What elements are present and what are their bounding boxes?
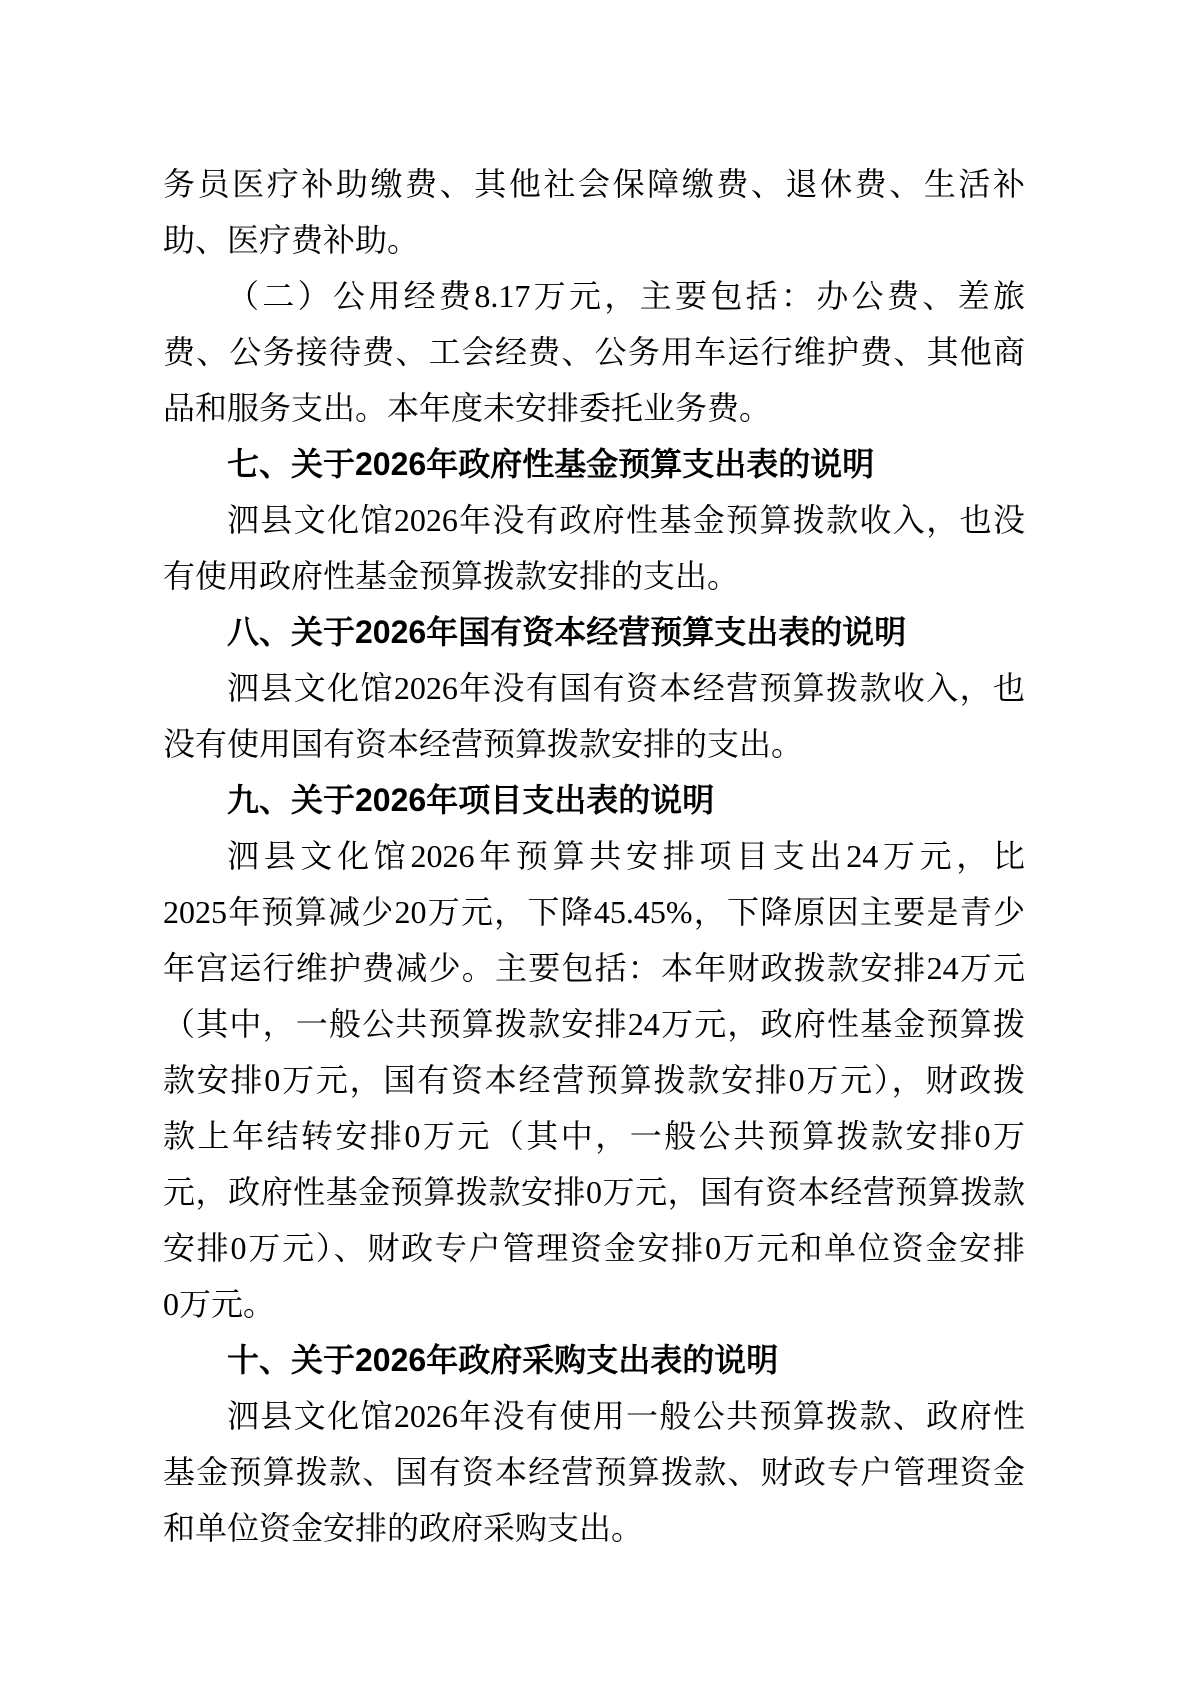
text-line: 款上年结转安排0万元（其中，一般公共预算拨款安排0万	[163, 1108, 1025, 1164]
text-line: 泗县文化馆2026年没有国有资本经营预算拨款收入，也	[163, 660, 1025, 716]
paragraph: 泗县文化馆2026年没有政府性基金预算拨款收入，也没 有使用政府性基金预算拨款安…	[163, 492, 1025, 604]
text-line: 助、医疗费补助。	[163, 212, 1025, 268]
section-9: 九、关于2026年项目支出表的说明	[163, 772, 1025, 828]
text-line: 和单位资金安排的政府采购支出。	[163, 1500, 1025, 1556]
section-10: 十、关于2026年政府采购支出表的说明	[163, 1332, 1025, 1388]
section-heading: 九、关于2026年项目支出表的说明	[163, 772, 1025, 828]
section-7: 七、关于2026年政府性基金预算支出表的说明	[163, 436, 1025, 492]
paragraph: 泗县文化馆2026年预算共安排项目支出24万元，比 2025年预算减少20万元，…	[163, 828, 1025, 1332]
text-line: 费、公务接待费、工会经费、公务用车运行维护费、其他商	[163, 324, 1025, 380]
text-line: 泗县文化馆2026年没有使用一般公共预算拨款、政府性	[163, 1388, 1025, 1444]
paragraph: 务员医疗补助缴费、其他社会保障缴费、退休费、生活补 助、医疗费补助。	[163, 156, 1025, 268]
text-line: 款安排0万元，国有资本经营预算拨款安排0万元），财政拨	[163, 1052, 1025, 1108]
section-8: 八、关于2026年国有资本经营预算支出表的说明	[163, 604, 1025, 660]
section-heading: 七、关于2026年政府性基金预算支出表的说明	[163, 436, 1025, 492]
text-line: 泗县文化馆2026年预算共安排项目支出24万元，比	[163, 828, 1025, 884]
text-line: 年宫运行维护费减少。主要包括：本年财政拨款安排24万元	[163, 940, 1025, 996]
paragraph: 泗县文化馆2026年没有国有资本经营预算拨款收入，也 没有使用国有资本经营预算拨…	[163, 660, 1025, 772]
paragraph: （二）公用经费8.17万元，主要包括：办公费、差旅 费、公务接待费、工会经费、公…	[163, 268, 1025, 436]
paragraph: 泗县文化馆2026年没有使用一般公共预算拨款、政府性 基金预算拨款、国有资本经营…	[163, 1388, 1025, 1556]
text-line: 安排0万元）、财政专户管理资金安排0万元和单位资金安排	[163, 1220, 1025, 1276]
text-line: 有使用政府性基金预算拨款安排的支出。	[163, 548, 1025, 604]
text-line: 元，政府性基金预算拨款安排0万元，国有资本经营预算拨款	[163, 1164, 1025, 1220]
text-line: 务员医疗补助缴费、其他社会保障缴费、退休费、生活补	[163, 156, 1025, 212]
text-line: 泗县文化馆2026年没有政府性基金预算拨款收入，也没	[163, 492, 1025, 548]
text-line: 2025年预算减少20万元，下降45.45%，下降原因主要是青少	[163, 884, 1025, 940]
text-line: 基金预算拨款、国有资本经营预算拨款、财政专户管理资金	[163, 1444, 1025, 1500]
document-page: 务员医疗补助缴费、其他社会保障缴费、退休费、生活补 助、医疗费补助。 （二）公用…	[0, 0, 1190, 1684]
text-line: （其中，一般公共预算拨款安排24万元，政府性基金预算拨	[163, 996, 1025, 1052]
section-heading: 八、关于2026年国有资本经营预算支出表的说明	[163, 604, 1025, 660]
text-line: 0万元。	[163, 1276, 1025, 1332]
text-line: 没有使用国有资本经营预算拨款安排的支出。	[163, 716, 1025, 772]
document-content: 务员医疗补助缴费、其他社会保障缴费、退休费、生活补 助、医疗费补助。 （二）公用…	[163, 156, 1025, 1556]
section-heading: 十、关于2026年政府采购支出表的说明	[163, 1332, 1025, 1388]
text-line: 品和服务支出。本年度未安排委托业务费。	[163, 380, 1025, 436]
text-line: （二）公用经费8.17万元，主要包括：办公费、差旅	[163, 268, 1025, 324]
